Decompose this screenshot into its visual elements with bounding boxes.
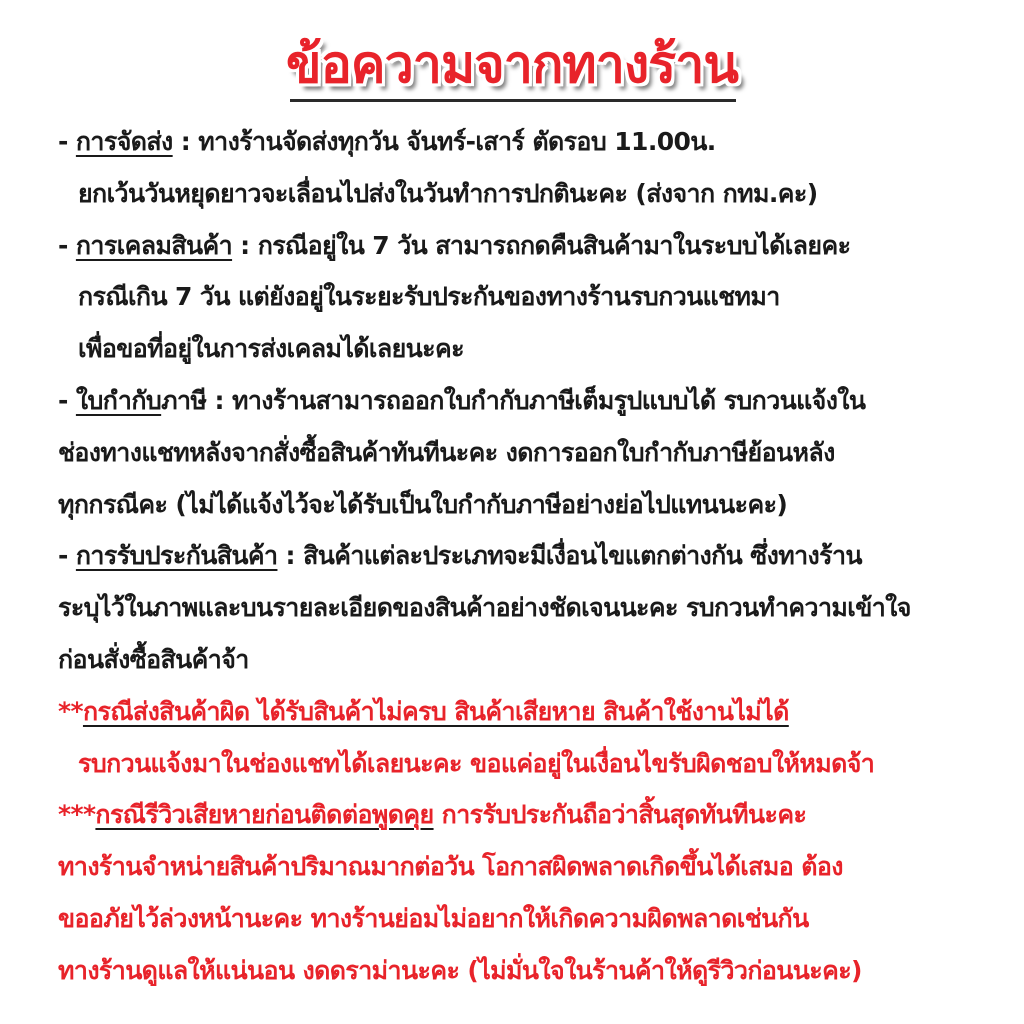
warranty-heading: การรับประกันสินค้า — [76, 541, 278, 570]
review-notice-line-3: ขออภัยไว้ล่วงหน้านะคะ ทางร้านย่อมไม่อยาก… — [58, 893, 1008, 945]
warranty-line-1: - การรับประกันสินค้า : สินค้าแต่ละประเภท… — [58, 530, 1008, 582]
title-underline — [290, 99, 736, 102]
shipping-line-1: - การจัดส่ง : ทางร้านจัดส่งทุกวัน จันทร์… — [58, 116, 1008, 168]
wrong-item-notice-heading: กรณีส่งสินค้าผิด ได้รับสินค้าไม่ครบ สินค… — [83, 697, 789, 726]
review-notice-line-4: ทางร้านดูแลให้แน่นอน งดดราม่านะคะ (ไม่มั… — [58, 945, 1008, 997]
page-title: ข้อความจากทางร้าน — [282, 30, 742, 100]
tax-invoice-line-1: - ใบกำกับภาษี : ทางร้านสามารถออกใบกำกับภ… — [58, 375, 1008, 427]
separator: : — [206, 386, 232, 415]
notice-prefix: ** — [58, 697, 83, 726]
tax-invoice-heading-underlined: ใบกำกับ — [76, 386, 161, 415]
warranty-line-3: ก่อนสั่งซื้อสินค้าจ้า — [58, 634, 1008, 686]
bullet: - — [58, 231, 76, 260]
notice-prefix: *** — [58, 800, 95, 829]
tax-invoice-line-2: ช่องทางแชทหลังจากสั่งซื้อสินค้าทันทีนะคะ… — [58, 427, 1008, 479]
separator: : — [232, 231, 258, 260]
claims-line-2: กรณีเกิน 7 วัน แต่ยังอยู่ในระยะรับประกัน… — [58, 271, 1008, 323]
page-title-text: ข้อความจากทางร้าน — [286, 35, 738, 95]
title-banner: ข้อความจากทางร้าน — [0, 30, 1024, 100]
review-notice-heading: กรณีรีวิวเสียหายก่อนติดต่อพูดคุย — [95, 800, 433, 829]
separator: : — [173, 127, 199, 156]
bullet: - — [58, 541, 76, 570]
store-policy-content: - การจัดส่ง : ทางร้านจัดส่งทุกวัน จันทร์… — [58, 116, 1008, 997]
claims-line-3: เพื่อขอที่อยู่ในการส่งเคลมได้เลยนะคะ — [58, 323, 1008, 375]
review-notice-line-2: ทางร้านจำหน่ายสินค้าปริมาณมากต่อวัน โอกา… — [58, 841, 1008, 893]
shipping-line-2: ยกเว้นวันหยุดยาวจะเลื่อนไปส่งในวันทำการป… — [58, 168, 1008, 220]
shipping-heading: การจัดส่ง — [76, 127, 173, 156]
tax-invoice-heading-rest: ภาษี — [161, 386, 206, 415]
claims-line-1: - การเคลมสินค้า : กรณีอยู่ใน 7 วัน สามาร… — [58, 220, 1008, 272]
wrong-item-notice-line-2: รบกวนแจ้งมาในช่องแชทได้เลยนะคะ ขอแค่อยู่… — [58, 738, 1008, 790]
warranty-line-2: ระบุไว้ในภาพและบนรายละเอียดของสินค้าอย่า… — [58, 582, 1008, 634]
warranty-text: สินค้าแต่ละประเภทจะมีเงื่อนไขแตกต่างกัน … — [303, 541, 862, 570]
claims-text: กรณีอยู่ใน 7 วัน สามารถกดคืนสินค้ามาในระ… — [258, 231, 851, 260]
shipping-text: ทางร้านจัดส่งทุกวัน จันทร์-เสาร์ ตัดรอบ … — [198, 127, 715, 156]
separator: : — [277, 541, 303, 570]
claims-heading: การเคลมสินค้า — [76, 231, 232, 260]
wrong-item-notice-line-1: **กรณีส่งสินค้าผิด ได้รับสินค้าไม่ครบ สิ… — [58, 686, 1008, 738]
bullet: - — [58, 386, 76, 415]
review-notice-text: การรับประกันถือว่าสิ้นสุดทันทีนะคะ — [434, 800, 807, 829]
tax-invoice-text: ทางร้านสามารถออกใบกำกับภาษีเต็มรูปแบบได้… — [232, 386, 865, 415]
tax-invoice-line-3: ทุกกรณีคะ (ไม่ได้แจ้งไว้จะได้รับเป็นใบกำ… — [58, 479, 1008, 531]
review-notice-line-1: ***กรณีรีวิวเสียหายก่อนติดต่อพูดคุย การร… — [58, 789, 1008, 841]
bullet: - — [58, 127, 76, 156]
